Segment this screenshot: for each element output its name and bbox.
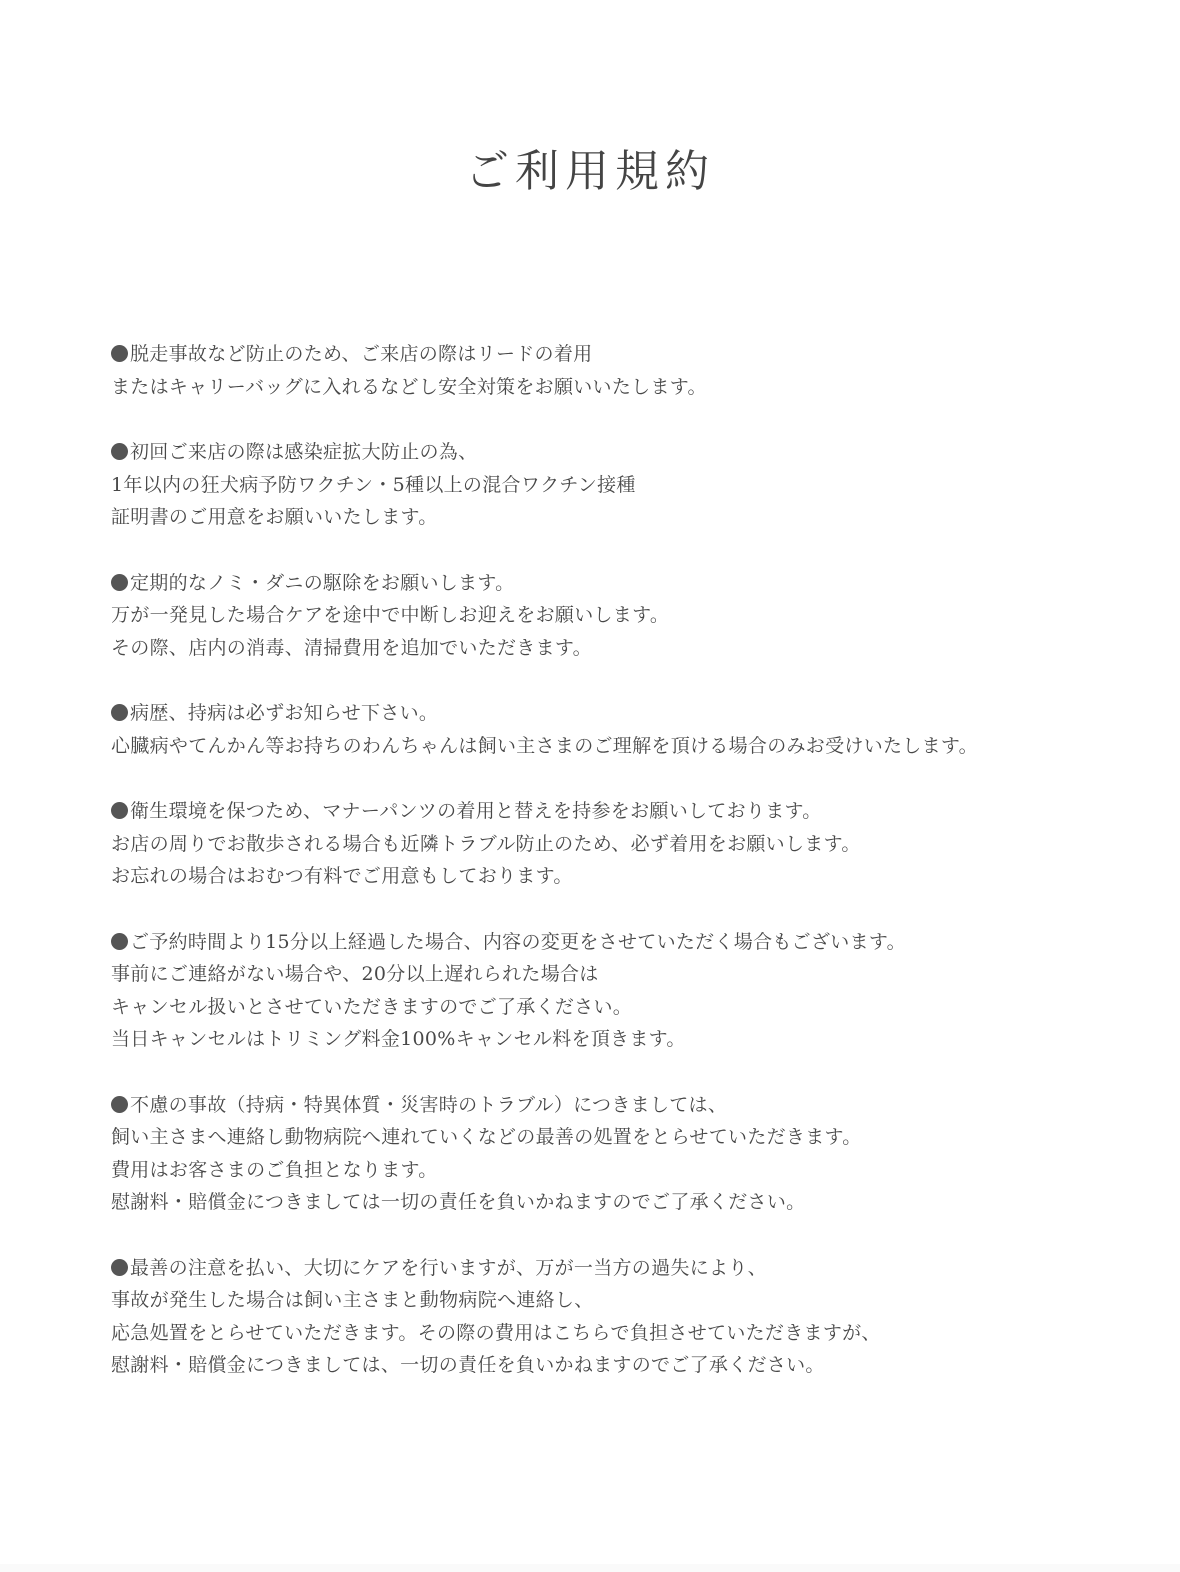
terms-item-late-cancellation: ご予約時間より15分以上経過した場合、内容の変更をさせていただく場合もございます…	[111, 926, 1111, 1056]
terms-line: 慰謝料・賠償金につきましては一切の責任を負いかねますのでご了承ください。	[111, 1186, 1111, 1219]
terms-line: 証明書のご用意をお願いいたします。	[111, 501, 1111, 534]
bullet-icon	[111, 1096, 128, 1113]
terms-line: 定期的なノミ・ダニの駆除をお願いします。	[111, 567, 1111, 600]
terms-line: 事前にご連絡がない場合や、20分以上遅れられた場合は	[111, 958, 1111, 991]
terms-line: またはキャリーバッグに入れるなどし安全対策をお願いいたします。	[111, 371, 1111, 404]
terms-line: 衛生環境を保つため、マナーパンツの着用と替えを持参をお願いしております。	[111, 795, 1111, 828]
terms-line: ご予約時間より15分以上経過した場合、内容の変更をさせていただく場合もございます…	[111, 926, 1111, 959]
terms-line: 初回ご来店の際は感染症拡大防止の為、	[111, 436, 1111, 469]
terms-list: 脱走事故など防止のため、ご来店の際はリードの着用 またはキャリーバッグに入れるな…	[111, 338, 1111, 1415]
terms-line: 万が一発見した場合ケアを途中で中断しお迎えをお願いします。	[111, 599, 1111, 632]
terms-item-medical-history: 病歴、持病は必ずお知らせ下さい。 心臓病やてんかん等お持ちのわんちゃんは飼い主さ…	[111, 697, 1111, 762]
terms-item-negligence: 最善の注意を払い、大切にケアを行いますが、万が一当方の過失により、 事故が発生し…	[111, 1252, 1111, 1382]
terms-item-unforeseen-accident: 不慮の事故（持病・特異体質・災害時のトラブル）につきましては、 飼い主さまへ連絡…	[111, 1089, 1111, 1219]
bullet-icon	[111, 574, 128, 591]
terms-line: 最善の注意を払い、大切にケアを行いますが、万が一当方の過失により、	[111, 1252, 1111, 1285]
terms-line: 事故が発生した場合は飼い主さまと動物病院へ連絡し、	[111, 1284, 1111, 1317]
terms-line: 当日キャンセルはトリミング料金100%キャンセル料を頂きます。	[111, 1023, 1111, 1056]
terms-item-flea-tick: 定期的なノミ・ダニの駆除をお願いします。 万が一発見した場合ケアを途中で中断しお…	[111, 567, 1111, 665]
bullet-icon	[111, 443, 128, 460]
terms-line: 心臓病やてんかん等お持ちのわんちゃんは飼い主さまのご理解を頂ける場合のみお受けい…	[111, 730, 1111, 763]
terms-line: お忘れの場合はおむつ有料でご用意もしております。	[111, 860, 1111, 893]
terms-line: 飼い主さまへ連絡し動物病院へ連れていくなどの最善の処置をとらせていただきます。	[111, 1121, 1111, 1154]
terms-line: キャンセル扱いとさせていただきますのでご了承ください。	[111, 991, 1111, 1024]
terms-line: 不慮の事故（持病・特異体質・災害時のトラブル）につきましては、	[111, 1089, 1111, 1122]
terms-line: その際、店内の消毒、清掃費用を追加でいただきます。	[111, 632, 1111, 665]
terms-item-leash: 脱走事故など防止のため、ご来店の際はリードの着用 またはキャリーバッグに入れるな…	[111, 338, 1111, 403]
bullet-icon	[111, 704, 128, 721]
bullet-icon	[111, 933, 128, 950]
terms-item-vaccination: 初回ご来店の際は感染症拡大防止の為、 1年以内の狂犬病予防ワクチン・5種以上の混…	[111, 436, 1111, 534]
terms-line: 応急処置をとらせていただきます。その際の費用はこちらで負担させていただきますが、	[111, 1317, 1111, 1350]
terms-line: お店の周りでお散歩される場合も近隣トラブル防止のため、必ず着用をお願いします。	[111, 828, 1111, 861]
page-bottom-edge	[0, 1564, 1180, 1572]
bullet-icon	[111, 1259, 128, 1276]
bullet-icon	[111, 802, 128, 819]
terms-item-manner-pants: 衛生環境を保つため、マナーパンツの着用と替えを持参をお願いしております。 お店の…	[111, 795, 1111, 893]
bullet-icon	[111, 345, 128, 362]
terms-line: 費用はお客さまのご負担となります。	[111, 1154, 1111, 1187]
terms-line: 慰謝料・賠償金につきましては、一切の責任を負いかねますのでご了承ください。	[111, 1349, 1111, 1382]
terms-line: 病歴、持病は必ずお知らせ下さい。	[111, 697, 1111, 730]
terms-line: 1年以内の狂犬病予防ワクチン・5種以上の混合ワクチン接種	[111, 469, 1111, 502]
page-title: ご利用規約	[0, 140, 1180, 204]
terms-line: 脱走事故など防止のため、ご来店の際はリードの着用	[111, 338, 1111, 371]
